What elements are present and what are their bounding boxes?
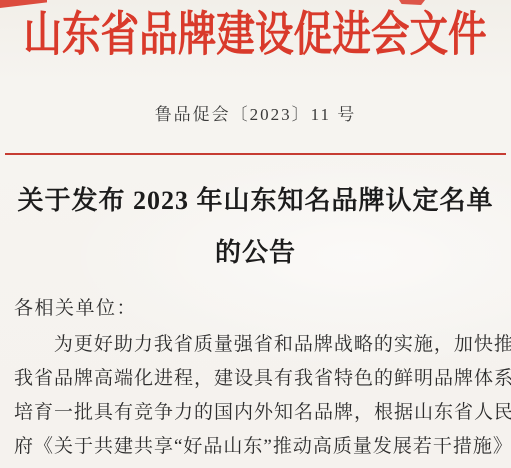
doc-title-line1: 关于发布 2023 年山东知名品牌认定名单 [0, 175, 511, 227]
header-org-title-text: 山东省品牌建设促进会文件 [24, 4, 487, 67]
salutation: 各相关单位： [14, 295, 492, 323]
paragraph-line: 府《关于共建共享“好品山东”推动高质量发展若干措施》 [14, 430, 492, 464]
doc-title-line2: 的公告 [0, 227, 511, 279]
document-body: 各相关单位： 为更好助力我省质量强省和品牌战略的实施，加快推进 我省品牌高端化进… [0, 295, 511, 464]
paragraph-line: 为更好助力我省质量强省和品牌战略的实施，加快推进 [14, 328, 492, 362]
red-divider-line [5, 153, 506, 155]
doc-number: 鲁品促会〔2023〕11 号 [0, 104, 511, 126]
paragraph-line: 我省品牌高端化进程，建设具有我省特色的鲜明品牌体系， [14, 362, 492, 396]
paragraph-line: 培育一批具有竞争力的国内外知名品牌，根据山东省人民政 [14, 396, 492, 430]
header-org-title: 山东省品牌建设促进会文件 [0, 10, 511, 62]
document-page: 山东省品牌建设促进会文件 鲁品促会〔2023〕11 号 关于发布 2023 年山… [0, 0, 511, 468]
body-paragraph: 为更好助力我省质量强省和品牌战略的实施，加快推进 我省品牌高端化进程，建设具有我… [14, 328, 492, 464]
doc-title: 关于发布 2023 年山东知名品牌认定名单 的公告 [0, 175, 511, 279]
